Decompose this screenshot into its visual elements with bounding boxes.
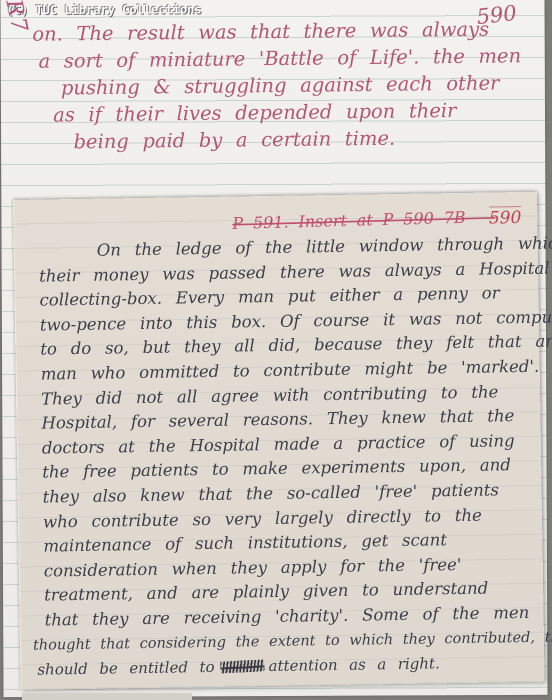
manuscript-page: P 591. Insert at P 590 7B 590 On the led… xyxy=(13,192,545,690)
manuscript-scan: (C) TUC Library Collections (R7 590 on. … xyxy=(0,0,552,700)
underlying-paper-edge xyxy=(22,693,192,700)
final-line-before: should be entitled to xyxy=(37,658,214,679)
manuscript-body-text: On the ledge of the little window throug… xyxy=(39,232,532,682)
handwritten-line: being paid by a certain time. xyxy=(27,123,539,156)
library-watermark: (C) TUC Library Collections xyxy=(7,2,202,17)
manuscript-page-number: 590 xyxy=(489,206,522,229)
top-page-handwriting: on. The result was that there was always… xyxy=(26,15,539,156)
final-line-after: attention as a right. xyxy=(268,654,439,675)
crossed-out-insert-note: P 591. Insert at P 590 7B xyxy=(232,207,496,233)
scribbled-out-word xyxy=(220,659,265,673)
